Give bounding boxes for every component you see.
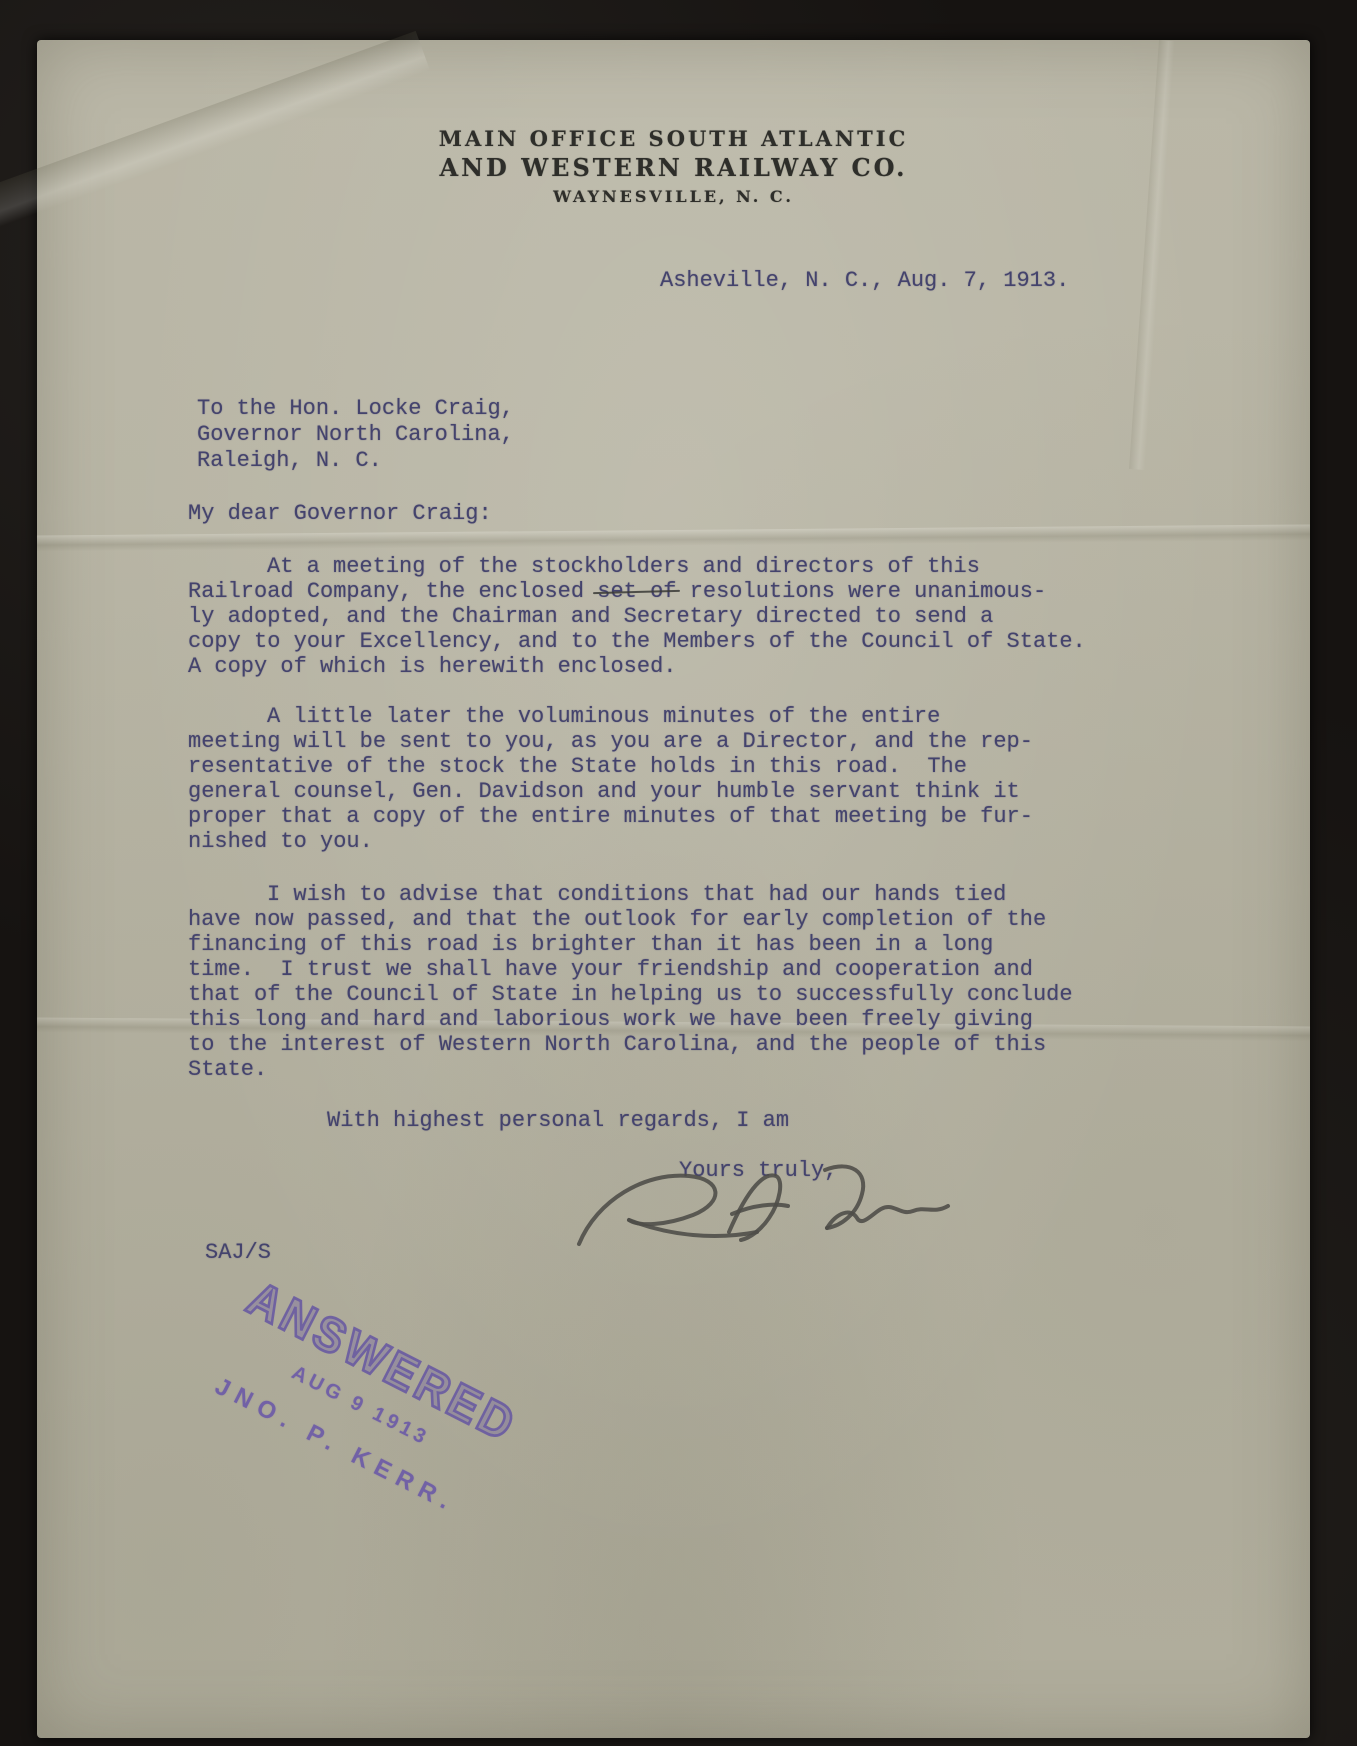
paragraph-1-line: At a meeting of the stockholders and dir… — [188, 554, 1086, 579]
paragraph-3-line: time. I trust we shall have your friends… — [188, 957, 1073, 982]
letterhead-company-line1: MAIN OFFICE SOUTH ATLANTIC — [37, 126, 1310, 151]
paragraph-2-line: proper that a copy of the entire minutes… — [188, 804, 1033, 829]
paragraph-3: I wish to advise that conditions that ha… — [188, 882, 1073, 1082]
paragraph-2: A little later the voluminous minutes of… — [188, 704, 1033, 854]
answered-stamp: ANSWERED AUG 9 1913 JNO. P. KERR. — [168, 1272, 566, 1613]
paragraph-2-line: nished to you. — [188, 829, 1033, 854]
paragraph-3-line: have now passed, and that the outlook fo… — [188, 907, 1073, 932]
paragraph-1-text: resolutions were unanimous- — [677, 579, 1047, 604]
paragraph-1-line: ly adopted, and the Chairman and Secreta… — [188, 604, 1086, 629]
signature-s-a-jones — [567, 1152, 977, 1292]
paragraph-2-line: A little later the voluminous minutes of… — [188, 704, 1033, 729]
letterhead-company-line2: AND WESTERN RAILWAY CO. — [37, 153, 1310, 182]
signature-stroke — [827, 1206, 948, 1228]
recipient-city: Raleigh, N. C. — [197, 448, 514, 474]
scan-background: MAIN OFFICE SOUTH ATLANTIC AND WESTERN R… — [0, 0, 1357, 1746]
paragraph-2-line: resentative of the stock the State holds… — [188, 754, 1033, 779]
paragraph-1-text: Railroad Company, the enclosed — [188, 579, 597, 604]
recipient-name: To the Hon. Locke Craig, — [197, 396, 514, 422]
paragraph-1-line: copy to your Excellency, and to the Memb… — [188, 629, 1086, 654]
paragraph-2-line: general counsel, Gen. Davidson and your … — [188, 779, 1033, 804]
closing-regards: With highest personal regards, I am — [327, 1108, 789, 1133]
struck-out-text: set of — [597, 579, 676, 604]
paragraph-1-line: Railroad Company, the enclosed set of re… — [188, 579, 1086, 604]
paragraph-3-line: this long and hard and laborious work we… — [188, 1007, 1073, 1032]
paper-fold-upper — [37, 524, 1310, 551]
recipient-title: Governor North Carolina, — [197, 422, 514, 448]
paragraph-2-line: meeting will be sent to you, as you are … — [188, 729, 1033, 754]
dateline: Asheville, N. C., Aug. 7, 1913. — [660, 268, 1069, 293]
paragraph-3-line: to the interest of Western North Carolin… — [188, 1032, 1073, 1057]
letterhead: MAIN OFFICE SOUTH ATLANTIC AND WESTERN R… — [37, 126, 1310, 206]
paragraph-3-line: that of the Council of State in helping … — [188, 982, 1073, 1007]
paragraph-3-line: State. — [188, 1057, 1073, 1082]
paper-crease-right — [1129, 40, 1175, 470]
paragraph-3-line: financing of this road is brighter than … — [188, 932, 1073, 957]
letter-page: MAIN OFFICE SOUTH ATLANTIC AND WESTERN R… — [37, 40, 1310, 1738]
paragraph-3-line: I wish to advise that conditions that ha… — [188, 882, 1073, 907]
paragraph-1: At a meeting of the stockholders and dir… — [188, 554, 1086, 679]
letterhead-city: WAYNESVILLE, N. C. — [37, 187, 1310, 206]
typist-initials: SAJ/S — [205, 1240, 271, 1265]
recipient-address: To the Hon. Locke Craig, Governor North … — [197, 396, 514, 474]
salutation: My dear Governor Craig: — [188, 501, 492, 526]
paragraph-1-line: A copy of which is herewith enclosed. — [188, 654, 1086, 679]
